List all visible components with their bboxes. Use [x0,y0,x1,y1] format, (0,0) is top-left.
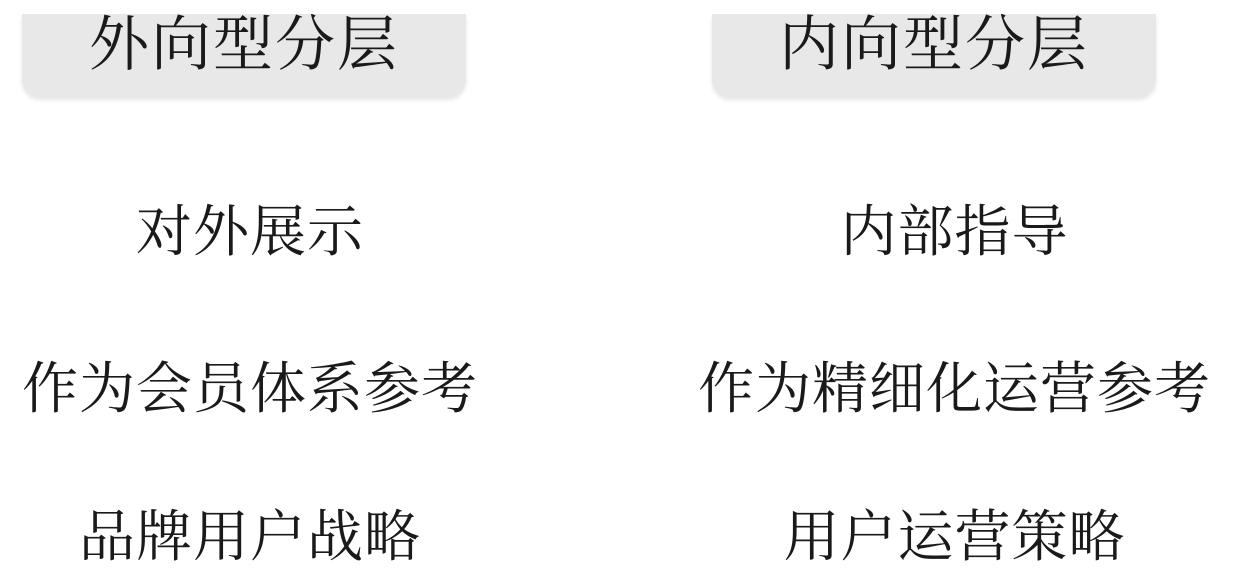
header-label: 外向型分层 [89,15,399,97]
outward-item-strategy: 品牌用户战略 [0,510,500,566]
header-label: 内向型分层 [779,15,1089,97]
header-inward-layering: 内向型分层 [712,14,1156,97]
inward-item-purpose: 内部指导 [665,205,1244,261]
inward-item-reference: 作为精细化运营参考 [665,362,1244,418]
header-outward-layering: 外向型分层 [22,14,466,97]
outward-item-purpose: 对外展示 [0,205,500,261]
outward-item-reference: 作为会员体系参考 [0,362,500,418]
inward-item-strategy: 用户运营策略 [665,510,1244,566]
